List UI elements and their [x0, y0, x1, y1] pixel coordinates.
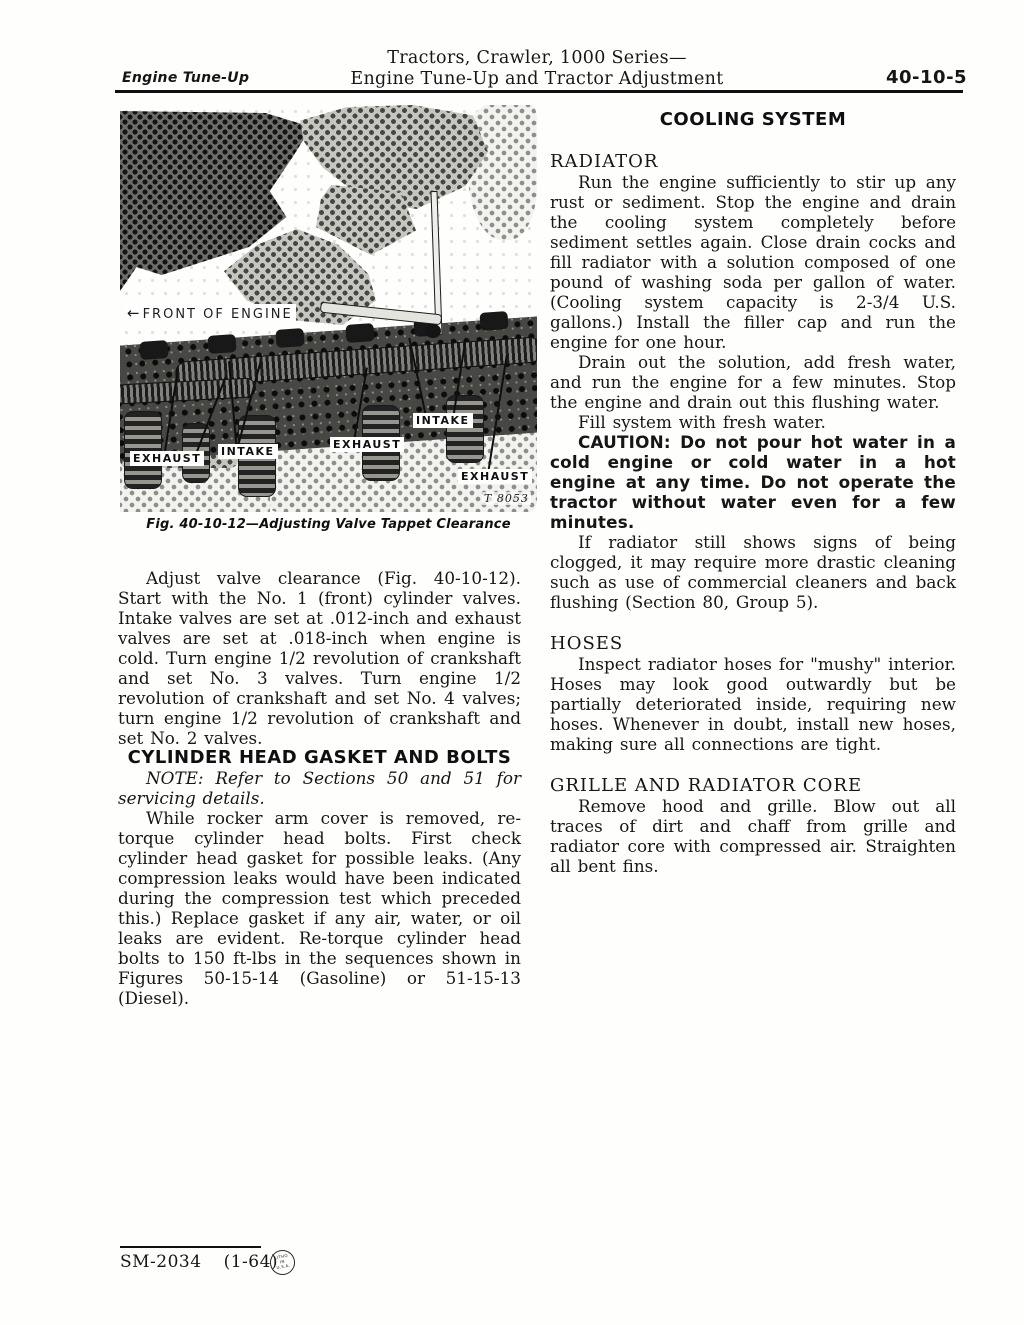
figure-label-exhaust-3: EXHAUST [458, 469, 532, 484]
heading-cylinder-head-gasket: CYLINDER HEAD GASKET AND BOLTS [118, 748, 521, 768]
photo-id: T 8053 [482, 492, 531, 505]
stamp-line: U.S.A. [276, 1263, 290, 1271]
paragraph-fill-system: Fill system with fresh water. [550, 412, 956, 432]
heading-cooling-system: COOLING SYSTEM [550, 110, 956, 130]
bolt-head [139, 340, 168, 360]
figure-valve-tappet-photo: ←FRONT OF ENGINE EXHAUST INTAKE EXHAUST … [120, 105, 537, 512]
right-column: COOLING SYSTEM RADIATOR Run the engine s… [550, 110, 956, 876]
note-servicing: NOTE: Refer to Sections 50 and 51 for se… [118, 768, 521, 808]
bolt-head [275, 328, 304, 348]
figure-label-exhaust-2: EXHAUST [330, 437, 404, 452]
header-rule [115, 90, 963, 93]
left-column: Adjust valve clearance (Fig. 40-10-12). … [118, 568, 521, 1008]
heading-grille-radiator-core: GRILLE AND RADIATOR CORE [550, 776, 956, 796]
header-title-line2: Engine Tune-Up and Tractor Adjustment [312, 69, 762, 90]
figure-label-intake-2: INTAKE [413, 413, 473, 428]
paragraph-run-engine: Run the engine sufficiently to stir up a… [550, 172, 956, 352]
bolt-head [345, 323, 374, 343]
paragraph-remove-hood: Remove hood and grille. Blow out all tra… [550, 796, 956, 876]
paragraph-inspect-hoses: Inspect radiator hoses for "mushy" inter… [550, 654, 956, 754]
paragraph-rocker-arm: While rocker arm cover is removed, re-to… [118, 808, 521, 1008]
heading-hoses: HOSES [550, 634, 956, 654]
paragraph-adjust-valve: Adjust valve clearance (Fig. 40-10-12). … [118, 568, 521, 748]
footer-rule [120, 1246, 261, 1248]
document-number: SM-2034 [120, 1252, 202, 1272]
left-arrow-icon: ← [127, 304, 140, 322]
tappet-adjusting-screw [425, 324, 441, 338]
page-number: 40-10-5 [886, 67, 967, 88]
bolt-head [207, 334, 236, 354]
header-section-label: Engine Tune-Up [122, 70, 249, 86]
caution-paragraph: CAUTION: Do not pour hot water in a cold… [550, 432, 956, 532]
heading-radiator: RADIATOR [550, 152, 956, 172]
header-title: Tractors, Crawler, 1000 Series— Engine T… [312, 48, 762, 90]
valve-spring [124, 411, 162, 489]
front-of-engine-label: ←FRONT OF ENGINE [124, 304, 296, 322]
figure-label-intake-1: INTAKE [218, 444, 278, 459]
paragraph-radiator-clogged: If radiator still shows signs of being c… [550, 532, 956, 612]
header-title-line1: Tractors, Crawler, 1000 Series— [312, 48, 762, 69]
figure-caption: Fig. 40-10-12—Adjusting Valve Tappet Cle… [110, 517, 547, 532]
manual-page: Engine Tune-Up Tractors, Crawler, 1000 S… [0, 0, 1024, 1325]
footer-text: SM-2034(1-64) [120, 1252, 278, 1272]
front-of-engine-text: FRONT OF ENGINE [143, 307, 293, 322]
bolt-head [479, 311, 508, 331]
figure-label-exhaust-1: EXHAUST [130, 451, 204, 466]
paragraph-drain-solution: Drain out the solution, add fresh water,… [550, 352, 956, 412]
valve-spring [446, 395, 484, 463]
halftone-background-patch [468, 105, 537, 240]
